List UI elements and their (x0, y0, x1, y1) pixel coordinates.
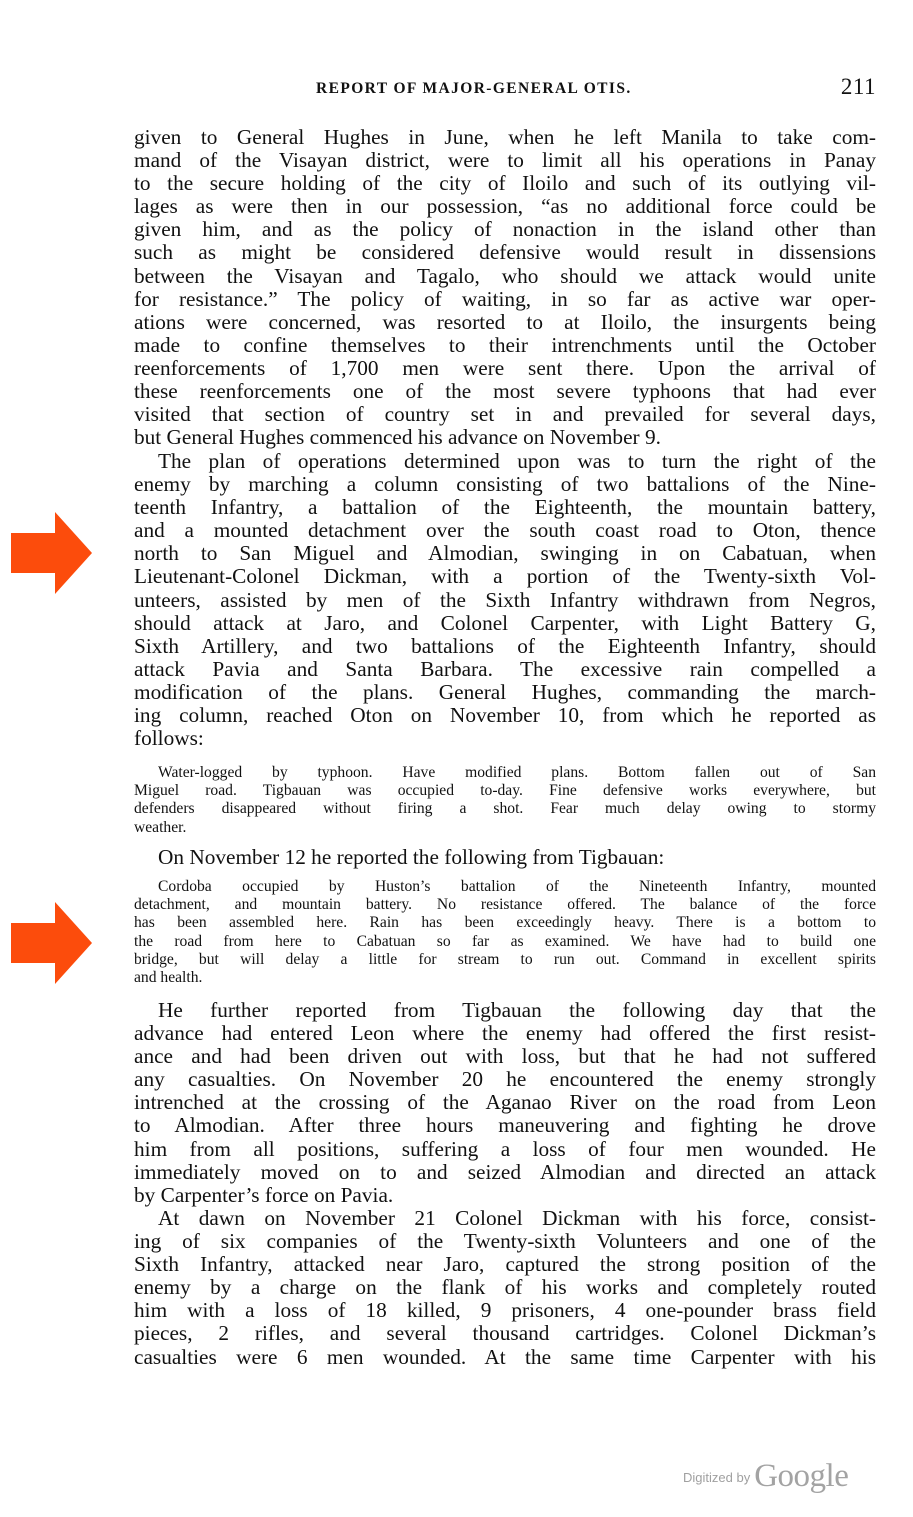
google-logo-text: Google (754, 1458, 848, 1494)
running-head: REPORT OF MAJOR-GENERAL OTIS. 211 (134, 76, 876, 102)
text-line: modification of the plans. General Hughe… (134, 681, 876, 704)
text-line: unteers, assisted by men of the Sixth In… (134, 589, 876, 612)
text-line: Miguel road. Tigbauan was occupied to-da… (134, 782, 876, 800)
paragraph-3: On November 12 he reported the following… (134, 846, 876, 869)
text-line: any casualties. On November 20 he encoun… (134, 1068, 876, 1091)
text-line: Sixth Infantry, attacked near Jaro, capt… (134, 1253, 876, 1276)
text-line: advance had entered Leon where the enemy… (134, 1022, 876, 1045)
text-line: given to General Hughes in June, when he… (134, 126, 876, 149)
paragraph-4: He further reported from Tigbauan the fo… (134, 999, 876, 1207)
text-line: follows: (134, 727, 876, 750)
text-line: pieces, 2 rifles, and several thousand c… (134, 1322, 876, 1345)
text-line: and health. (134, 969, 876, 987)
text-line: and a mounted detachment over the south … (134, 519, 876, 542)
text-line: to the secure holding of the city of Ilo… (134, 172, 876, 195)
text-line: Cordoba occupied by Huston’s battalion o… (134, 878, 876, 896)
text-line: weather. (134, 819, 876, 837)
text-line: these reenforcements one of the most sev… (134, 380, 876, 403)
text-line: ing of six companies of the Twenty-sixth… (134, 1230, 876, 1253)
text-line: given him, and as the policy of nonactio… (134, 218, 876, 241)
text-line: ing column, reached Oton on November 10,… (134, 704, 876, 727)
text-line: Sixth Artillery, and two battalions of t… (134, 635, 876, 658)
text-line: ations were concerned, was resorted to a… (134, 311, 876, 334)
text-line: The plan of operations determined upon w… (134, 450, 876, 473)
text-line: north to San Miguel and Almodian, swingi… (134, 542, 876, 565)
text-line: to Almodian. After three hours maneuveri… (134, 1114, 876, 1137)
text-line: by Carpenter’s force on Pavia. (134, 1184, 876, 1207)
text-line: ance and had been driven out with loss, … (134, 1045, 876, 1068)
text-line: At dawn on November 21 Colonel Dickman w… (134, 1207, 876, 1230)
quoted-telegram-2: Cordoba occupied by Huston’s battalion o… (134, 878, 876, 987)
scanned-book-page: REPORT OF MAJOR-GENERAL OTIS. 211 given … (0, 0, 913, 1517)
text-line: between the Visayan and Tagalo, who shou… (134, 265, 876, 288)
text-line: bridge, but will delay a little for stre… (134, 951, 876, 969)
text-line: defenders disappeared without firing a s… (134, 800, 876, 818)
text-line: made to confine themselves to their intr… (134, 334, 876, 357)
right-arrow-icon (11, 902, 93, 984)
text-line: attack Pavia and Santa Barbara. The exce… (134, 658, 876, 681)
text-line: has been assembled here. Rain has been e… (134, 914, 876, 932)
page-number: 211 (841, 74, 876, 100)
text-line: visited that section of country set in a… (134, 403, 876, 426)
text-line: detachment, and mountain battery. No res… (134, 896, 876, 914)
text-line: teenth Infantry, a battalion of the Eigh… (134, 496, 876, 519)
text-line: should attack at Jaro, and Colonel Carpe… (134, 612, 876, 635)
text-line: such as might be considered defensive wo… (134, 241, 876, 264)
digitized-by-google-watermark: Digitized by Google (683, 1458, 848, 1495)
text-line: On November 12 he reported the following… (134, 846, 876, 869)
text-line: reenforcements of 1,700 men were sent th… (134, 357, 876, 380)
text-line: immediately moved on to and seized Almod… (134, 1161, 876, 1184)
text-line: him from all positions, suffering a loss… (134, 1138, 876, 1161)
text-line: the road from here to Cabatuan so far as… (134, 933, 876, 951)
text-line: intrenched at the crossing of the Aganao… (134, 1091, 876, 1114)
paragraph-1: given to General Hughes in June, when he… (134, 126, 876, 449)
text-line: enemy by a charge on the flank of his wo… (134, 1276, 876, 1299)
text-line: He further reported from Tigbauan the fo… (134, 999, 876, 1022)
text-line: him with a loss of 18 killed, 9 prisoner… (134, 1299, 876, 1322)
text-line: mand of the Visayan district, were to li… (134, 149, 876, 172)
text-line: lages as were then in our possession, “a… (134, 195, 876, 218)
right-arrow-icon (11, 512, 93, 594)
text-line: casualties were 6 men wounded. At the sa… (134, 1346, 876, 1369)
text-line: Lieutenant-Colonel Dickman, with a porti… (134, 565, 876, 588)
paragraph-2: The plan of operations determined upon w… (134, 450, 876, 750)
paragraph-5: At dawn on November 21 Colonel Dickman w… (134, 1207, 876, 1369)
running-title: REPORT OF MAJOR-GENERAL OTIS. (316, 80, 632, 98)
text-line: for resistance.” The policy of waiting, … (134, 288, 876, 311)
text-line: enemy by marching a column consisting of… (134, 473, 876, 496)
quoted-telegram-1: Water-logged by typhoon. Have modified p… (134, 764, 876, 837)
text-line: Water-logged by typhoon. Have modified p… (134, 764, 876, 782)
text-line: but General Hughes commenced his advance… (134, 426, 876, 449)
watermark-prefix: Digitized by (683, 1470, 750, 1485)
